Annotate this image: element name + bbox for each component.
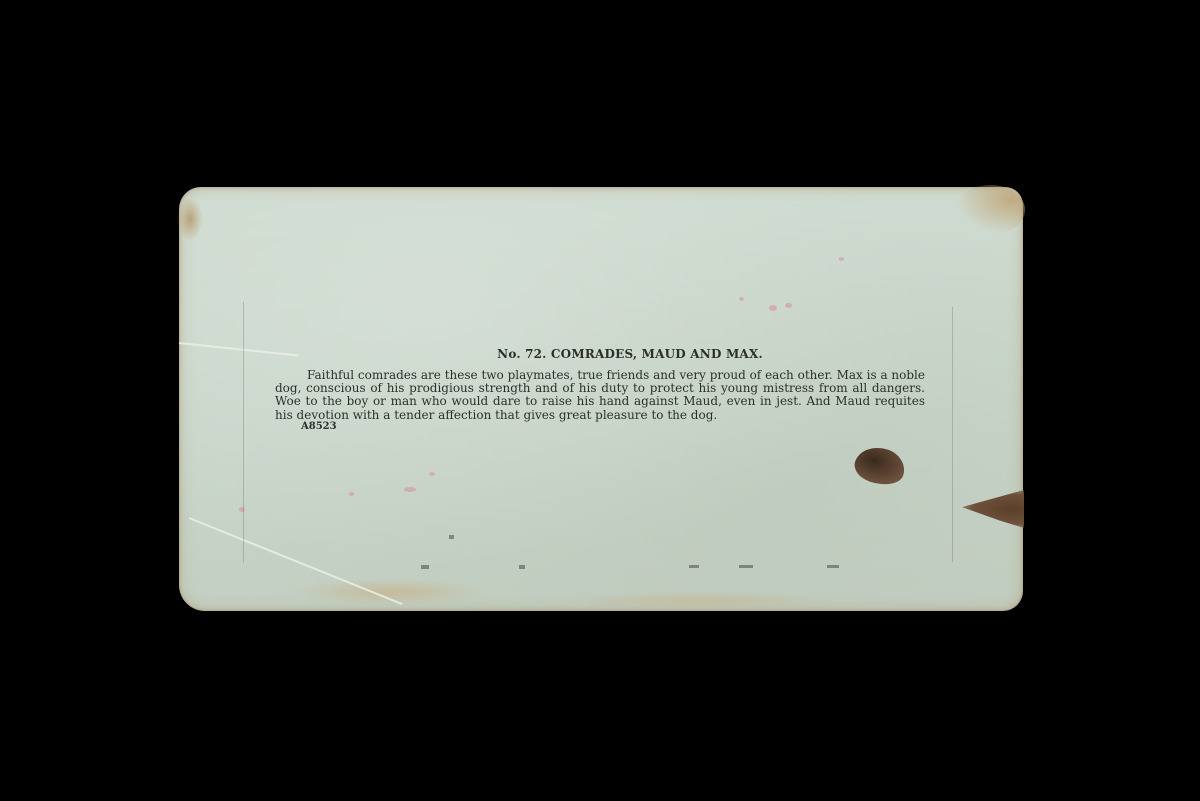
- pink-speck: [739, 297, 744, 301]
- edge-wear-bottom-left: [289, 579, 489, 605]
- pink-speck: [239, 507, 245, 512]
- pink-speck: [404, 487, 416, 492]
- print-mark: [421, 565, 429, 569]
- faint-border-line: [243, 302, 244, 562]
- print-mark: [519, 565, 525, 569]
- card-caption: No. 72. COMRADES, MAUD AND MAX. Faithful…: [275, 347, 925, 432]
- card-title: No. 72. COMRADES, MAUD AND MAX.: [335, 347, 925, 361]
- pink-speck: [349, 492, 354, 496]
- ink-stain: [851, 441, 910, 491]
- pink-speck: [839, 257, 844, 261]
- corner-wear-top-right: [955, 185, 1025, 235]
- edge-wear-bottom: [559, 591, 839, 609]
- pink-speck: [429, 472, 435, 476]
- print-mark: [449, 535, 454, 539]
- print-mark: [827, 565, 839, 568]
- catalog-code: A8523: [301, 421, 925, 432]
- faint-border-line: [952, 307, 953, 562]
- print-mark: [689, 565, 699, 568]
- pink-speck: [769, 305, 777, 311]
- edge-stain: [962, 490, 1024, 528]
- corner-wear-top-left: [177, 197, 203, 241]
- card-description: Faithful comrades are these two playmate…: [275, 369, 925, 422]
- pink-speck: [785, 303, 792, 308]
- stereoview-card-back: No. 72. COMRADES, MAUD AND MAX. Faithful…: [179, 187, 1023, 611]
- print-mark: [739, 565, 753, 568]
